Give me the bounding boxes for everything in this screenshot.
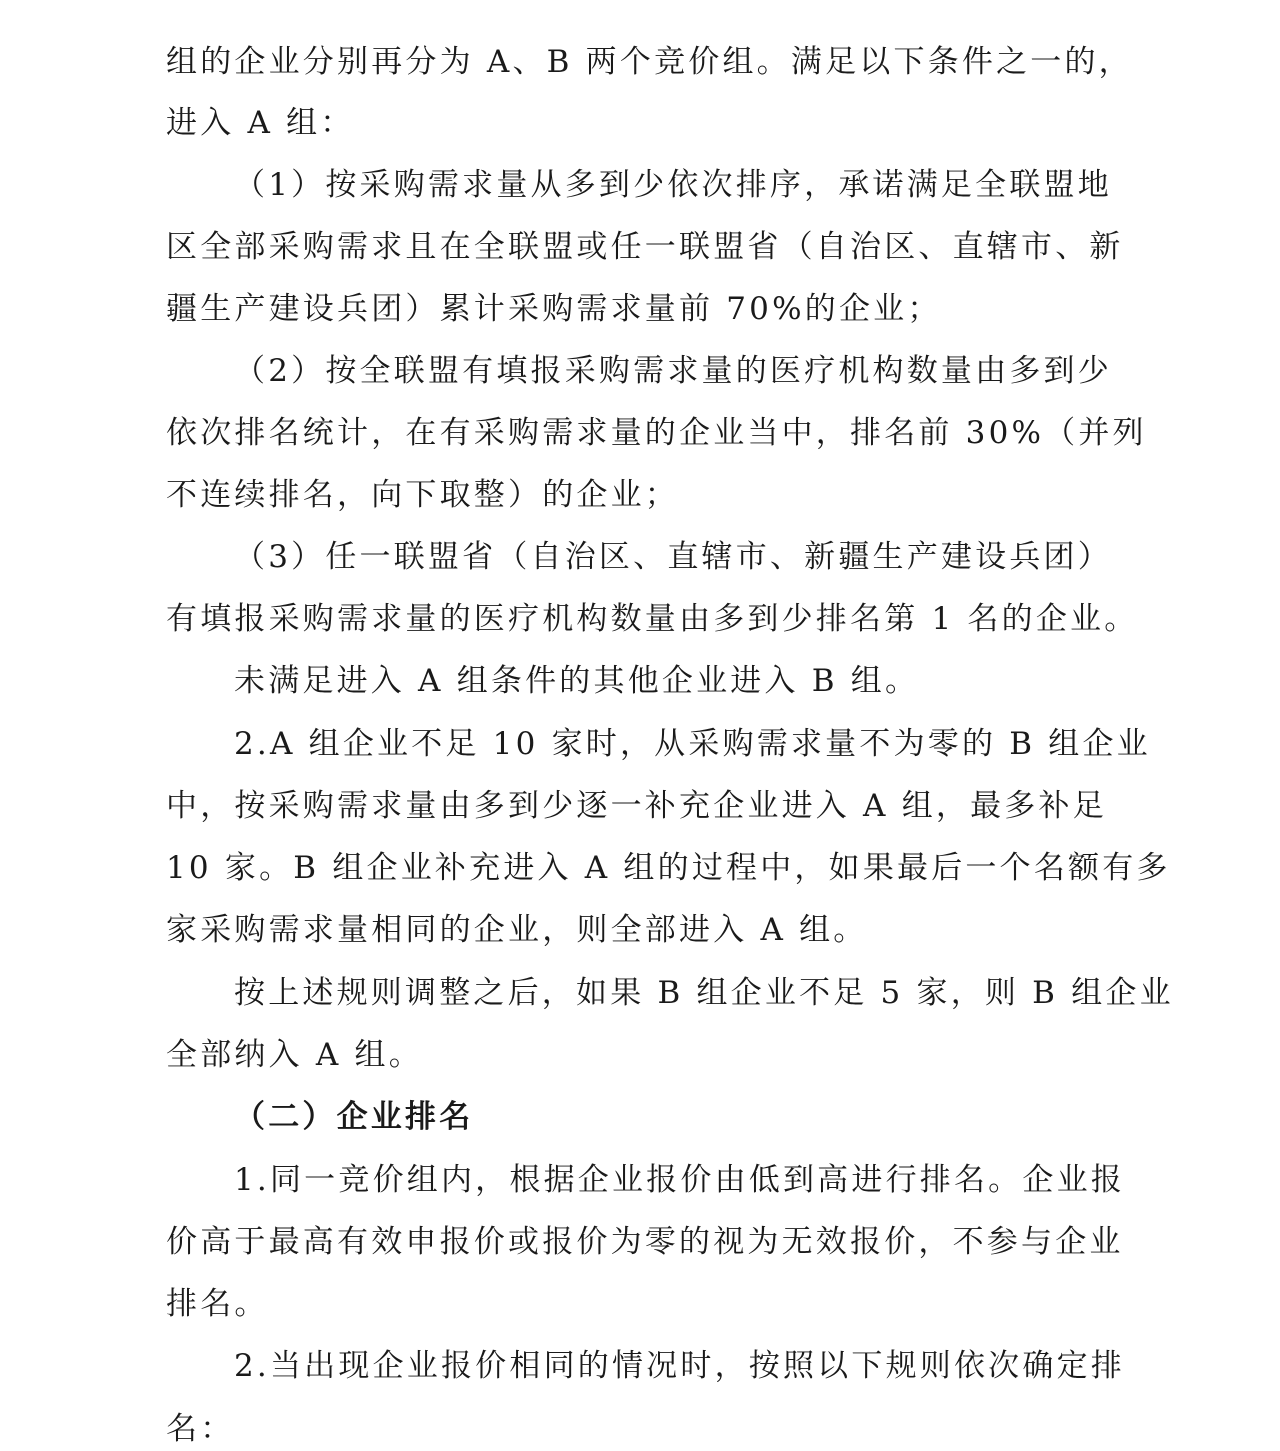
condition-2-line: （2）按全联盟有填报采购需求量的医疗机构数量由多到少 (234, 351, 1112, 391)
paragraph-line: 名： (166, 1409, 234, 1449)
paragraph-line: 依次排名统计，在有采购需求量的企业当中，排名前 30%（并列 (166, 413, 1147, 453)
paragraph-line: 有填报采购需求量的医疗机构数量由多到少排名第 1 名的企业。 (166, 599, 1138, 639)
rule-2-line: 2.A 组企业不足 10 家时，从采购需求量不为零的 B 组企业 (234, 724, 1151, 764)
ranking-rule-2-line: 2.当出现企业报价相同的情况时，按照以下规则依次确定排 (234, 1346, 1125, 1386)
section-heading: （二）企业排名 (234, 1097, 473, 1137)
paragraph-line: 按上述规则调整之后，如果 B 组企业不足 5 家，则 B 组企业 (234, 973, 1174, 1013)
paragraph-line: 区全部采购需求且在全联盟或任一联盟省（自治区、直辖市、新 (166, 227, 1124, 267)
paragraph-line: 疆生产建设兵团）累计采购需求量前 70%的企业； (166, 289, 942, 329)
paragraph-line: 进入 A 组： (166, 103, 355, 143)
paragraph-line: 排名。 (166, 1284, 269, 1324)
paragraph-line: 组的企业分别再分为 A、B 两个竞价组。满足以下条件之一的， (166, 42, 1133, 82)
paragraph-line: 全部纳入 A 组。 (166, 1035, 423, 1075)
paragraph-line: 不连续排名，向下取整）的企业； (166, 475, 679, 515)
condition-1-line: （1）按采购需求量从多到少依次排序，承诺满足全联盟地 (234, 165, 1112, 205)
ranking-rule-1-line: 1.同一竞价组内，根据企业报价由低到高进行排名。企业报 (234, 1160, 1125, 1200)
paragraph-line: 价高于最高有效申报价或报价为零的视为无效报价，不参与企业 (166, 1222, 1124, 1262)
paragraph-line: 未满足进入 A 组条件的其他企业进入 B 组。 (234, 661, 919, 701)
condition-3-line: （3）任一联盟省（自治区、直辖市、新疆生产建设兵团） (234, 537, 1112, 577)
paragraph-line: 中，按采购需求量由多到少逐一补充企业进入 A 组，最多补足 (166, 786, 1107, 826)
paragraph-line: 家采购需求量相同的企业，则全部进入 A 组。 (166, 910, 868, 950)
paragraph-line: 10 家。B 组企业补充进入 A 组的过程中，如果最后一个名额有多 (166, 848, 1171, 888)
